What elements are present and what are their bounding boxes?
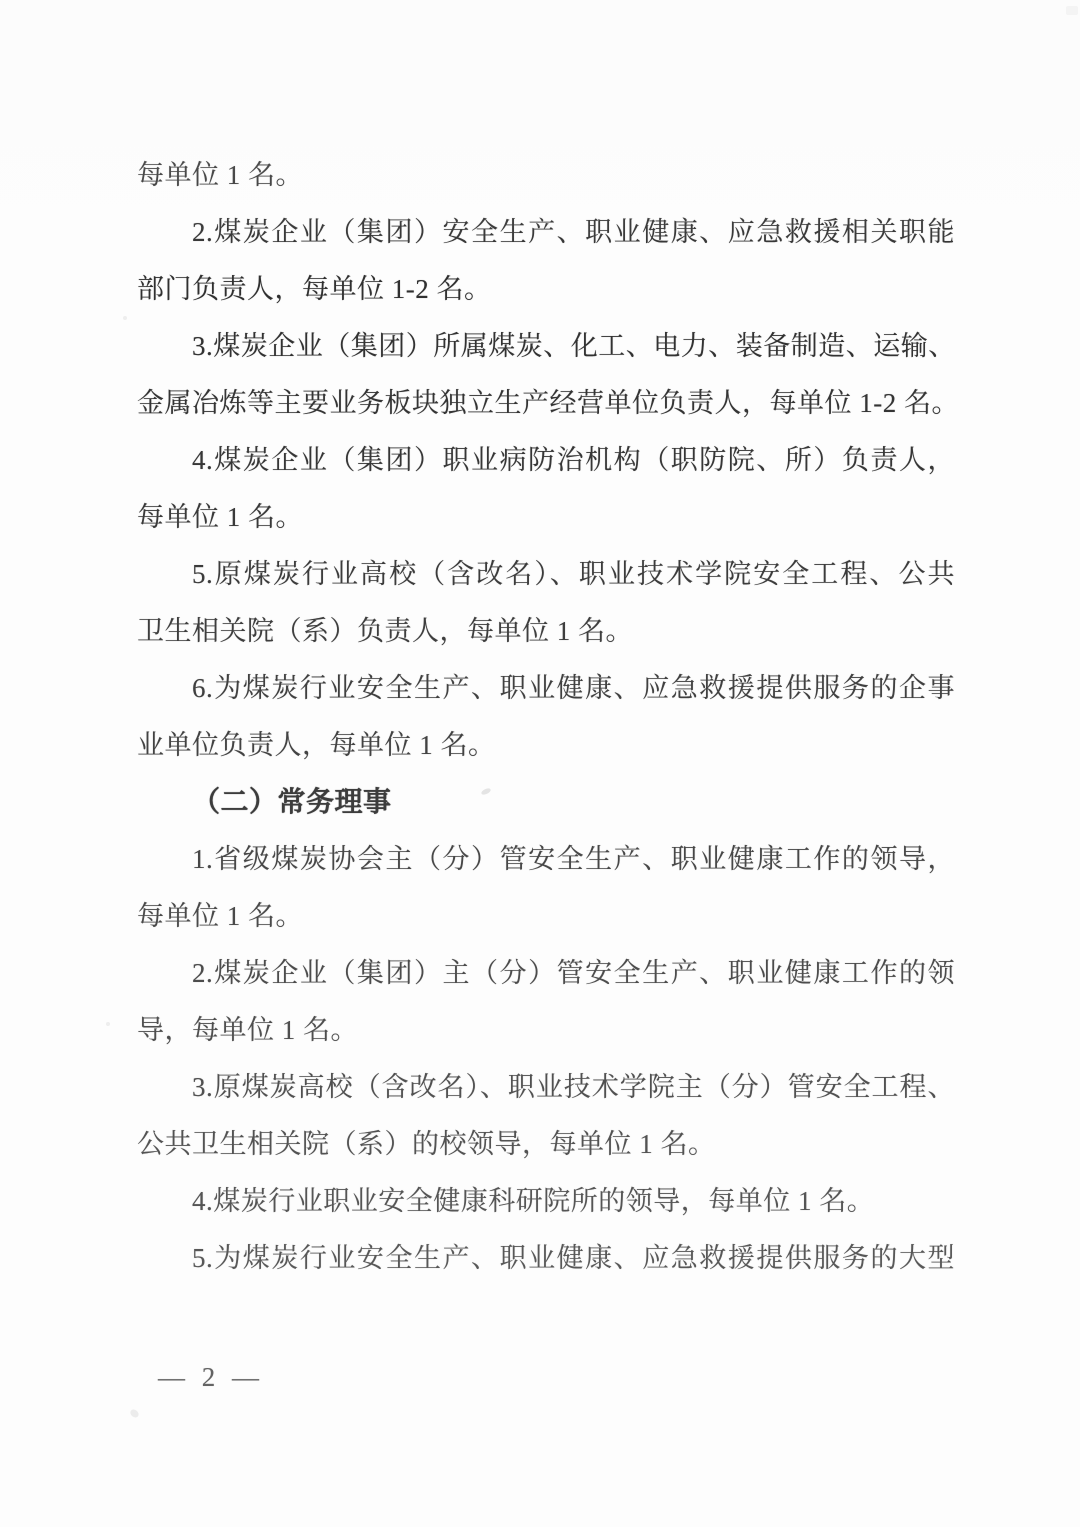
text-line: 业单位负责人，每单位 1 名。: [137, 717, 955, 774]
document-body: 每单位 1 名。 2.煤炭企业（集团）安全生产、职业健康、应急救援相关职能 部门…: [137, 147, 955, 1287]
text-line: 2.煤炭企业（集团）主（分）管安全生产、职业健康工作的领: [137, 945, 955, 1002]
text-line: 4.煤炭行业职业安全健康科研院所的领导，每单位 1 名。: [137, 1173, 955, 1230]
page-number: — 2 —: [158, 1362, 264, 1393]
text-line: 4.煤炭企业（集团）职业病防治机构（职防院、所）负责人，: [137, 432, 955, 489]
text-line: 3.煤炭企业（集团）所属煤炭、化工、电力、装备制造、运输、: [137, 318, 955, 375]
text-line: 5.为煤炭行业安全生产、职业健康、应急救援提供服务的大型: [137, 1230, 955, 1287]
text-line: 卫生相关院（系）负责人，每单位 1 名。: [137, 603, 955, 660]
text-line: 公共卫生相关院（系）的校领导，每单位 1 名。: [137, 1116, 955, 1173]
text-line: 2.煤炭企业（集团）安全生产、职业健康、应急救援相关职能: [137, 204, 955, 261]
text-line: 导，每单位 1 名。: [137, 1002, 955, 1059]
text-line: 3.原煤炭高校（含改名）、职业技术学院主（分）管安全工程、: [137, 1059, 955, 1116]
scan-speck: [129, 1408, 140, 1419]
text-line: 6.为煤炭行业安全生产、职业健康、应急救援提供服务的企事: [137, 660, 955, 717]
text-line: 5.原煤炭行业高校（含改名）、职业技术学院安全工程、公共: [137, 546, 955, 603]
scan-speck: [106, 1022, 110, 1026]
text-line: 1.省级煤炭协会主（分）管安全生产、职业健康工作的领导，: [137, 831, 955, 888]
text-line: 每单位 1 名。: [137, 888, 955, 945]
text-line: 每单位 1 名。: [137, 147, 955, 204]
document-page: 每单位 1 名。 2.煤炭企业（集团）安全生产、职业健康、应急救援相关职能 部门…: [0, 0, 1080, 1527]
section-heading: （二）常务理事: [137, 774, 955, 831]
text-line: 金属冶炼等主要业务板块独立生产经营单位负责人，每单位 1-2 名。: [137, 375, 955, 432]
scan-speck: [123, 316, 127, 320]
text-line: 部门负责人，每单位 1-2 名。: [137, 261, 955, 318]
text-line: 每单位 1 名。: [137, 489, 955, 546]
scan-speck: [1066, 6, 1078, 15]
